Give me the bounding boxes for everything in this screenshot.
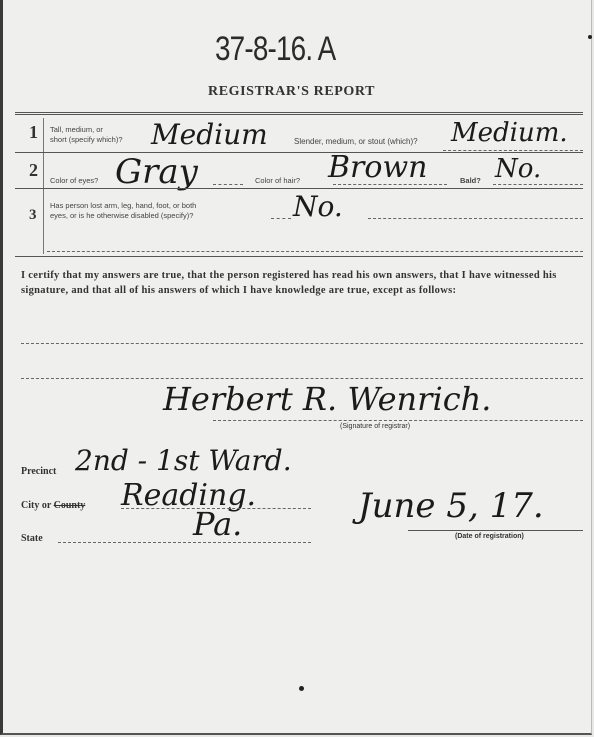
state-label: State — [21, 533, 43, 544]
exceptions-line-1 — [21, 343, 583, 344]
answer-line — [333, 184, 447, 185]
question-2-prompt: Color of eyes? — [50, 176, 98, 186]
speck-mark — [588, 35, 592, 39]
state-value: Pa. — [193, 505, 242, 543]
bald-answer: No. — [495, 154, 541, 184]
page-title: REGISTRAR'S REPORT — [208, 84, 375, 100]
top-rule — [15, 112, 583, 117]
question-3-prompt-line2: eyes, or is he otherwise disabled (speci… — [50, 211, 193, 221]
row-divider-1 — [15, 152, 583, 153]
question-number-2: 2 — [29, 160, 38, 181]
question-number-1: 1 — [29, 122, 38, 143]
precinct-label: Precinct — [21, 466, 56, 477]
question-number-3: 3 — [29, 207, 37, 224]
city-label-text: City or — [21, 500, 51, 511]
build-answer-height: Medium — [151, 118, 268, 151]
signature-caption: (Signature of registrar) — [340, 423, 410, 430]
date-caption: (Date of registration) — [455, 533, 524, 540]
row-divider-2 — [15, 188, 583, 189]
signature-line — [213, 420, 583, 421]
precinct-value: 2nd - 1st Ward. — [75, 444, 292, 477]
number-column-divider — [43, 118, 44, 254]
registrar-signature: Herbert R. Wenrich. — [163, 380, 491, 418]
question-2-second-prompt: Color of hair? — [255, 176, 300, 186]
build-answer-stoutness: Medium. — [451, 118, 568, 148]
speck-mark — [299, 686, 304, 691]
answer-line — [271, 218, 291, 219]
county-label-struck: County — [54, 500, 86, 511]
date-line — [408, 530, 583, 531]
question-1-second-prompt: Slender, medium, or stout (which)? — [294, 137, 418, 147]
exceptions-line-2 — [21, 378, 583, 379]
registration-date: June 5, 17. — [358, 486, 544, 526]
answer-line — [368, 218, 583, 219]
serial-number: 37-8-16. A — [215, 30, 335, 69]
answer-line — [443, 150, 583, 151]
answer-line — [493, 184, 583, 185]
question-1-prompt-line1: Tall, medium, or — [50, 125, 103, 135]
hair-color-answer: Brown — [328, 150, 427, 185]
row-divider-3 — [15, 256, 583, 257]
question-2-third-prompt: Bald? — [460, 176, 481, 186]
disability-answer: No. — [293, 190, 343, 223]
certification-statement: I certify that my answers are true, that… — [21, 268, 586, 298]
answer-line — [47, 251, 583, 252]
question-3-prompt-line1: Has person lost arm, leg, hand, foot, or… — [50, 201, 196, 211]
question-1-prompt-line2: short (specify which)? — [50, 135, 123, 145]
state-line — [58, 542, 311, 543]
registration-card: 37-8-16. A REGISTRAR'S REPORT 1 Tall, me… — [0, 0, 592, 735]
city-label: City or County — [21, 500, 85, 511]
eye-color-answer: Gray — [115, 152, 198, 192]
answer-line — [213, 184, 243, 185]
